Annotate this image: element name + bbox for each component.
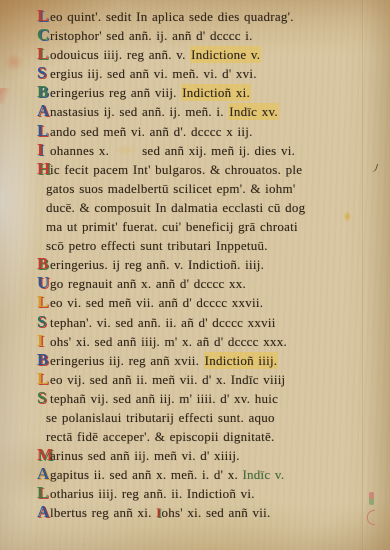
manuscript-line: Leo vi. sed meñ vii. anñ d' dcccc xxvii.	[37, 293, 382, 312]
text-segment: ducē. & composuit In dalmatia ecclasti c…	[46, 200, 305, 215]
text-segment: tephañ vij. sed anñ iij. m' iiii. d' xv.…	[50, 391, 278, 406]
line-filler-mark-red-green	[369, 492, 374, 505]
text-segment: eo vi. sed meñ vii. anñ d' dcccc xxvii.	[50, 295, 263, 310]
illuminated-initial: U	[37, 274, 50, 291]
manuscript-line: Lotharius iiij. reg anñ. ii. Indictioñ v…	[37, 484, 382, 503]
text-segment: sed anñ xij. meñ ij. dies vi.	[138, 143, 295, 158]
illuminated-initial: C	[37, 26, 50, 43]
manuscript-line: Agapitus ii. sed anñ x. meñ. i. d' x. In…	[37, 465, 382, 484]
manuscript-line: Beringerius iij. reg anñ xvii. Indictioñ…	[37, 351, 382, 370]
line-filler-mark-red	[367, 510, 375, 525]
text-segment: nastasius ij. sed anñ. ij. meñ. i.	[50, 104, 228, 119]
manuscript-line: scō petro effecti sunt tributari Inppetu…	[37, 236, 382, 255]
illuminated-initial: A	[37, 465, 50, 482]
manuscript-line: Leo quint'. sedit In aplica sede dies qu…	[37, 7, 382, 26]
text-segment: eringerius iij. reg anñ xvii.	[50, 353, 204, 368]
text-segment: odouicus iiij. reg anñ. v.	[50, 47, 190, 62]
text-segment: eringerius reg anñ viij.	[50, 85, 181, 100]
manuscript-line: Ugo regnauit anñ x. anñ d' dcccc xx.	[37, 274, 382, 293]
text-segment: eringerius. ij reg anñ. v. Indictioñ. ii…	[50, 257, 264, 272]
text-segment: scō petro effecti sunt tributari Inppetu…	[46, 238, 268, 253]
illuminated-initial: L	[37, 122, 50, 139]
illuminated-initial: H	[37, 160, 50, 177]
text-segment: otharius iiij. reg anñ. ii. Indictioñ vi…	[50, 486, 255, 501]
illuminated-initial: L	[37, 370, 50, 387]
yellow-highlighted-word: Indictione v.	[190, 46, 261, 63]
manuscript-line: Stephan'. vi. sed anñ. ii. añ d' dcccc x…	[37, 313, 382, 332]
illuminated-initial: A	[37, 102, 50, 119]
manuscript-line: Cristophor' sed anñ. ij. anñ d' dcccc i.	[37, 26, 382, 45]
manuscript-line: Iohs' xi. sed anñ iiij. m' x. añ d' dccc…	[37, 332, 382, 351]
manuscript-line: Lodouicus iiij. reg anñ. v. Indictione v…	[37, 45, 382, 64]
text-segment: gatos suos madelbertū scilicet epm'. & i…	[46, 181, 296, 196]
text-segment: lbertus reg anñ xi.	[50, 505, 156, 520]
manuscript-line: Leo vij. sed anñ ii. meñ vii. d' x. Indī…	[37, 370, 382, 389]
manuscript-line: Hic fecit pacem Int' bulgaros. & chrouat…	[37, 160, 382, 179]
illuminated-initial: S	[37, 64, 50, 81]
text-segment: ma ut primit' fuerat. cui' beneficij grā…	[46, 219, 298, 234]
text-segment: se polanislaui tributarij effecti sunt. …	[46, 410, 275, 425]
illuminated-initial: B	[37, 83, 50, 100]
green-ink-word: Indīc v.	[242, 467, 284, 482]
text-segment: ohannes x.	[50, 143, 114, 158]
manuscript-line: Iohannes x. sed anñ xij. meñ ij. dies vi…	[37, 141, 382, 160]
text-segment: eo vij. sed anñ ii. meñ vii. d' x. Indīc…	[50, 372, 285, 387]
yellow-highlighted-word: Indictioñ iiij.	[204, 352, 279, 369]
yellow-flourish-mark	[344, 211, 351, 222]
text-segment: tephan'. vi. sed anñ. ii. añ d' dcccc xx…	[50, 315, 276, 330]
illuminated-initial: I	[37, 332, 50, 349]
text-segment: ohs' xi. sed anñ vii.	[161, 505, 270, 520]
manuscript-line: gatos suos madelbertū scilicet epm'. & i…	[37, 179, 382, 198]
text-segment: ando sed meñ vi. anñ d'. dcccc x iij.	[50, 124, 253, 139]
text-segment: ristophor' sed anñ. ij. anñ d' dcccc i.	[50, 28, 253, 43]
illuminated-initial: S	[37, 389, 50, 406]
manuscript-text-block: Leo quint'. sedit In aplica sede dies qu…	[37, 7, 382, 523]
manuscript-line: se polanislaui tributarij effecti sunt. …	[37, 408, 382, 427]
illuminated-initial: A	[37, 503, 50, 520]
text-segment: arinus sed anñ iij. meñ vi. d' xiiij.	[50, 448, 240, 463]
illuminated-initial: S	[37, 313, 50, 330]
illuminated-initial: L	[37, 484, 50, 501]
manuscript-line: Marinus sed anñ iij. meñ vi. d' xiiij.	[37, 446, 382, 465]
manuscript-line: Anastasius ij. sed anñ. ij. meñ. i. Indī…	[37, 102, 382, 121]
text-segment: ohs' xi. sed anñ iiij. m' x. añ d' dcccc…	[50, 334, 287, 349]
erased-text-gap	[114, 145, 138, 155]
text-segment: eo quint'. sedit In aplica sede dies qua…	[50, 9, 294, 24]
manuscript-line: ma ut primit' fuerat. cui' beneficij grā…	[37, 217, 382, 236]
illuminated-initial: B	[37, 351, 50, 368]
manuscript-page: Leo quint'. sedit In aplica sede dies qu…	[0, 0, 390, 550]
manuscript-line: rectā fidē acceper'. & episcopii dignita…	[37, 427, 382, 446]
yellow-highlighted-word: Indictioñ xi.	[181, 84, 251, 101]
illuminated-initial: L	[37, 7, 50, 24]
text-segment: go regnauit anñ x. anñ d' dcccc xx.	[50, 276, 246, 291]
manuscript-line: Stephañ vij. sed anñ iij. m' iiii. d' xv…	[37, 389, 382, 408]
illuminated-initial: I	[37, 141, 50, 158]
text-segment: ic fecit pacem Int' bulgaros. & chrouato…	[50, 162, 302, 177]
manuscript-line: Lando sed meñ vi. anñ d'. dcccc x iij.	[37, 122, 382, 141]
illuminated-initial: L	[37, 293, 50, 310]
illuminated-initial: B	[37, 255, 50, 272]
manuscript-line: ducē. & composuit In dalmatia ecclasti c…	[37, 198, 382, 217]
manuscript-line: Beringerius reg anñ viij. Indictioñ xi.	[37, 83, 382, 102]
left-margin-ink-smudge	[0, 88, 9, 104]
manuscript-line: Albertus reg anñ xi. Iohs' xi. sed anñ v…	[37, 503, 382, 522]
manuscript-line: Beringerius. ij reg anñ. v. Indictioñ. i…	[37, 255, 382, 274]
yellow-highlighted-word: Indīc xv.	[228, 103, 279, 120]
text-segment: gapitus ii. sed anñ x. meñ. i. d' x.	[50, 467, 242, 482]
illuminated-initial: M	[37, 446, 50, 463]
illuminated-initial: L	[37, 45, 50, 62]
text-segment: ergius iij. sed anñ vi. meñ. vi. d' xvi.	[50, 66, 257, 81]
manuscript-line: Sergius iij. sed anñ vi. meñ. vi. d' xvi…	[37, 64, 382, 83]
text-segment: rectā fidē acceper'. & episcopii dignita…	[46, 429, 275, 444]
